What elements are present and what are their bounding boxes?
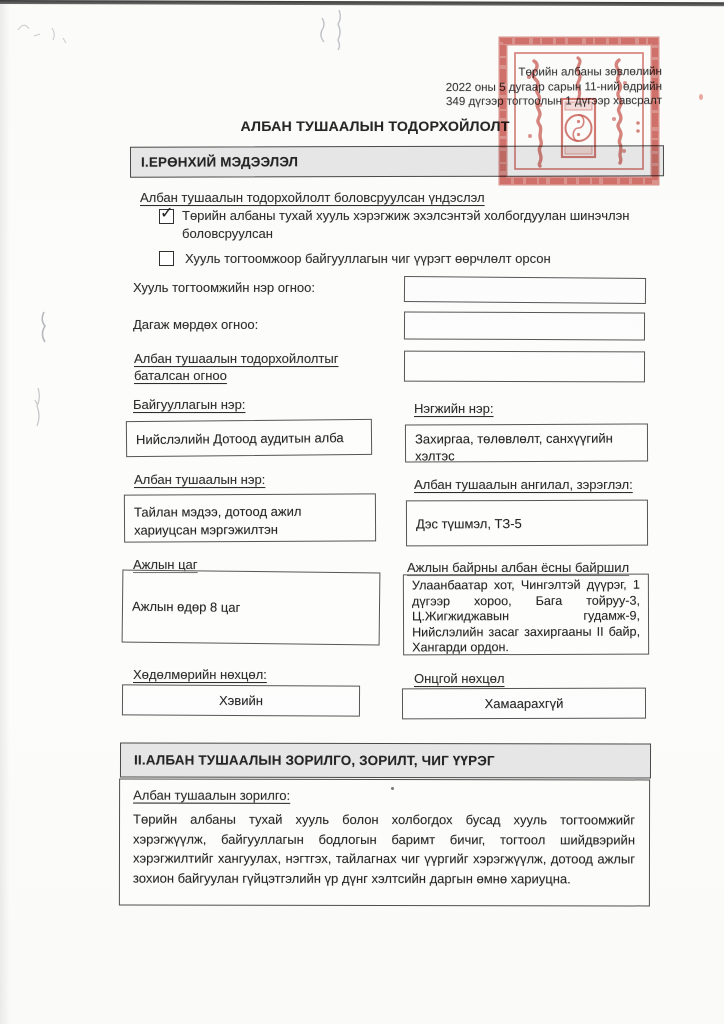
special-conditions-field: Хамаарахгүй <box>402 688 646 720</box>
position-name-label: Албан тушаалын нэр: <box>134 472 265 487</box>
special-conditions-label: Онцгой нөхцөл <box>414 671 504 686</box>
checkbox-law-implementation-label: Төрийн албаны тухай хууль хэрэгжиж эхэлс… <box>182 207 660 242</box>
work-location-field: Улаанбаатар хот, Чингэлтэй дүүрэг, 1 дүг… <box>403 574 649 656</box>
purpose-label: Албан тушаалын зорилго: <box>133 788 635 804</box>
scanned-document-page: Төрийн албаны зөвлөлийн 2022 оны 5 дугаа… <box>0 0 724 1024</box>
labor-conditions-label: Хөдөлмөрийн нөхцөл: <box>133 667 267 682</box>
approved-date-field <box>404 351 645 383</box>
section2-header-text: II.АЛБАН ТУШААЛЫН ЗОРИЛГО, ЗОРИЛТ, ЧИГ Ү… <box>134 752 495 768</box>
law-name-label: Хууль тогтоомжийн нэр огноо: <box>133 280 315 295</box>
purpose-text: Төрийн албаны тухай хууль болон холбогдо… <box>133 810 635 889</box>
work-location-label: Ажлын байрны албан ёсны байршил <box>407 560 629 575</box>
classification-value: Дэс түшмэл, ТЗ-5 <box>416 516 522 531</box>
work-location-value: Улаанбаатар хот, Чингэлтэй дүүрэг, 1 дүг… <box>412 578 640 655</box>
law-name-field <box>404 276 646 304</box>
purpose-panel: Албан тушаалын зорилго: Төрийн албаны ту… <box>119 779 650 907</box>
follow-date-field <box>404 311 645 340</box>
scan-edge-artifact <box>0 0 724 6</box>
work-hours-value: Ажлын өдөр 8 цаг <box>132 599 240 615</box>
labor-conditions-value: Хэвийн <box>219 693 263 708</box>
unit-field: Захиргаа, төлөвлөлт, санхүүгийн хэлтэс <box>405 423 648 462</box>
check-icon: ✓ <box>160 203 173 223</box>
checkbox-function-change-unchecked <box>159 251 174 266</box>
red-ink-speck <box>699 94 703 100</box>
organization-label: Байгууллагын нэр: <box>133 397 245 412</box>
section2-header: II.АЛБАН ТУШААЛЫН ЗОРИЛГО, ЗОРИЛТ, ЧИГ Ү… <box>120 742 651 778</box>
unit-label: Нэгжийн нэр: <box>414 401 493 416</box>
special-conditions-value: Хамаарахгүй <box>485 696 564 711</box>
basis-heading: Албан тушаалын тодорхойлолт боловсруулса… <box>140 190 485 205</box>
labor-conditions-field: Хэвийн <box>122 684 360 716</box>
classification-field: Дэс түшмэл, ТЗ-5 <box>406 500 648 547</box>
organization-value: Нийслэлийн Дотоод аудитын алба <box>136 430 344 447</box>
official-red-stamp <box>497 35 661 187</box>
unit-value: Захиргаа, төлөвлөлт, санхүүгийн хэлтэс <box>415 431 613 464</box>
organization-field: Нийслэлийн Дотоод аудитын алба <box>126 419 372 457</box>
section1-header-text: I.ЕРӨНХИЙ МЭДЭЭЛЭЛ <box>141 154 298 169</box>
work-hours-field: Ажлын өдөр 8 цаг <box>122 570 381 646</box>
position-name-field: Тайлан мэдээ, дотоод ажил хариуцсан мэрг… <box>124 493 376 542</box>
follow-date-label: Дагаж мөрдөх огноо: <box>133 317 258 332</box>
checkbox-function-change-label: Хууль тогтоомжоор байгууллагын чиг үүрэг… <box>185 250 675 268</box>
approved-date-label: Албан тушаалын тодорхойлолтыг баталсан о… <box>134 351 392 384</box>
position-name-value: Тайлан мэдээ, дотоод ажил хариуцсан мэрг… <box>134 504 302 537</box>
classification-label: Албан тушаалын ангилал, зэрэглэл: <box>414 477 633 492</box>
checkbox-law-implementation-checked: ✓ <box>159 209 174 224</box>
ink-dot-artifact <box>391 787 394 790</box>
